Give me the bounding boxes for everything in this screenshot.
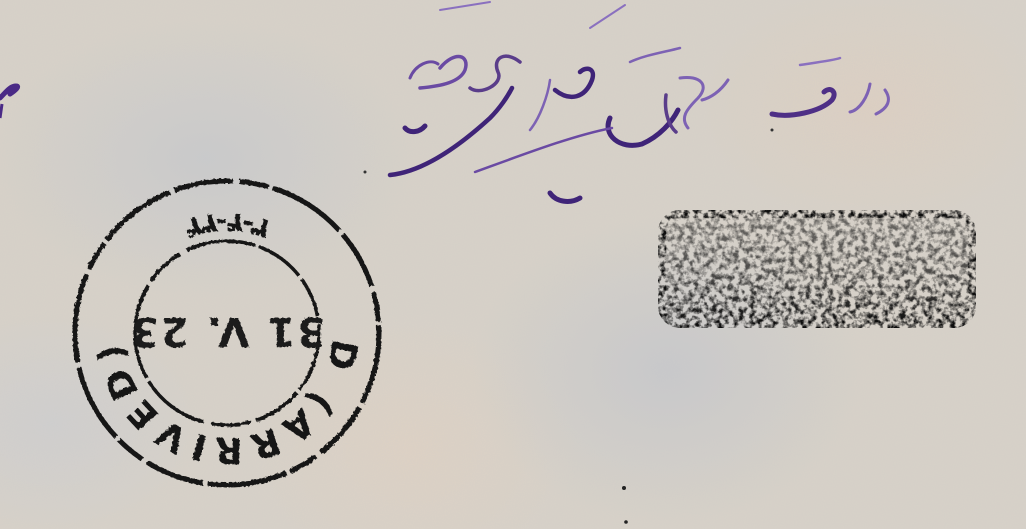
ink-specks bbox=[0, 0, 1026, 529]
envelope-back: D (ARRIVED) ۳-۴-۳۴ 31 V. 23 bbox=[0, 0, 1026, 529]
